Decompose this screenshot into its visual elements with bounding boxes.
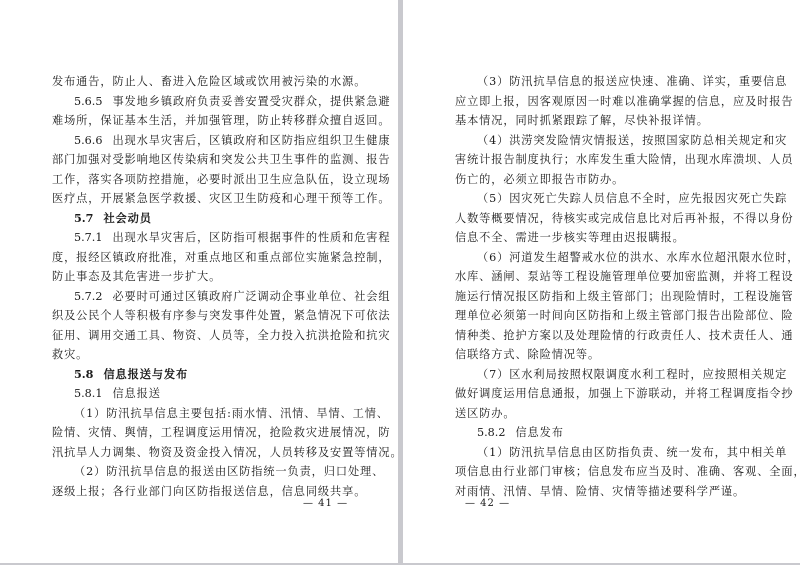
line-text: 汛抗旱人力调集、物资及资金投入情况，人员转移及安置等情况。 [52, 446, 403, 459]
text-line: 信息不全、需进一步核实等理由迟报瞒报。 [455, 228, 752, 248]
text-line: 信联络方式、除险情况等。 [455, 345, 752, 365]
text-line: 度，报经区镇政府批准，对重点地区和重点部位实施紧急控制， [52, 248, 350, 268]
line-text: 项信息由行业部门审核；信息发布应当及时、准确、客观、全面， [455, 465, 800, 478]
text-line: 5.8.1信息报送 [52, 384, 350, 404]
page-body-text: （3）防汛抗旱信息的报送应快速、准确、详实，重要信息应立即上报，因客观原因一时难… [455, 72, 752, 501]
text-line: 5.7.2必要时可通过区镇政府广泛调动企事业单位、社会组 [52, 287, 350, 307]
text-line: 5.8.2信息发布 [455, 423, 752, 443]
line-text: 应立即上报，因客观原因一时难以准确掌握的信息，应及时报告 [455, 95, 793, 108]
document-page-42: （3）防汛抗旱信息的报送应快速、准确、详实，重要信息应立即上报，因客观原因一时难… [403, 0, 800, 563]
line-text: 信息发布 [515, 426, 563, 439]
text-line: （4）洪涝突发险情灾情报送，按照国家防总相关规定和灾 [455, 131, 752, 151]
text-line: 防止事态及其危害进一步扩大。 [52, 267, 350, 287]
line-text: 出现水旱灾害后，区镇政府和区防指应组织卫生健康 [112, 134, 390, 147]
text-line: 工作，落实各项防控措施，必要时派出卫生应急队伍，设立现场 [52, 170, 350, 190]
text-line: （3）防汛抗旱信息的报送应快速、准确、详实，重要信息 [455, 72, 752, 92]
line-text: 送区防办。 [455, 407, 515, 420]
text-line: 医疗点，开展紧急医学救援、灾区卫生防疫和心理干预等工作。 [52, 189, 350, 209]
line-text: （1）防汛抗旱信息主要包括:雨水情、汛情、旱情、工情、 [74, 407, 389, 420]
section-number: 5.6.6 [74, 134, 102, 147]
text-line: 5.7.1出现水旱灾害后，区防指可根据事件的性质和危害程 [52, 228, 350, 248]
section-heading: 5.7社会动员 [52, 209, 350, 229]
section-number: 5.7.2 [74, 290, 102, 303]
text-line: 汛抗旱人力调集、物资及资金投入情况，人员转移及安置等情况。 [52, 443, 350, 463]
line-text: 情种类、抢护方案以及处理险情的行政责任人、技术责任人、通 [455, 329, 793, 342]
line-text: （3）防汛抗旱信息的报送应快速、准确、详实，重要信息 [477, 75, 787, 88]
line-text: 做好调度运用信息通报，加强上下游联动，并将工程调度指令抄 [455, 387, 793, 400]
section-number: 5.8 [74, 367, 93, 381]
section-heading-text: 信息报送与发布 [103, 367, 188, 381]
line-text: 信联络方式、除险情况等。 [455, 348, 600, 361]
section-number: 5.8.1 [74, 387, 102, 400]
text-line: 5.6.5事发地乡镇政府负责妥善安置受灾群众，提供紧急避 [52, 92, 350, 112]
line-text: 医疗点，开展紧急医学救援、灾区卫生防疫和心理干预等工作。 [52, 192, 390, 205]
line-text: （7）区水利局按照权限调度水利工程时，应按照相关规定 [477, 368, 787, 381]
line-text: （2）防汛抗旱信息的报送由区防指统一负责，归口处理、 [74, 465, 384, 478]
text-line: 救灾。 [52, 345, 350, 365]
text-line: 部门加强对受影响地区传染病和突发公共卫生事件的监测、报告 [52, 150, 350, 170]
text-line: 伤亡的，必须立即报告市防办。 [455, 170, 752, 190]
text-line: 施运行情况报区防指和上级主管部门；出现险情时，工程设施管 [455, 287, 752, 307]
text-line: 人数等概要情况，待核实或完成信息比对后再补报，不得以身份 [455, 209, 752, 229]
line-text: 防止事态及其危害进一步扩大。 [52, 270, 221, 283]
text-line: （6）河道发生超警戒水位的洪水、水库水位超汛限水位时， [455, 248, 752, 268]
line-text: 信息不全、需进一步核实等理由迟报瞒报。 [455, 231, 685, 244]
section-number: 5.7.1 [74, 231, 102, 244]
page-number: — 41 — [303, 498, 348, 509]
page-number: — 42 — [465, 498, 510, 509]
line-text: 害统计报告制度执行；水库发生重大险情，出现水库溃坝、人员 [455, 153, 793, 166]
line-text: 征用、调用交通工具、物资、人员等，全力投入抗洪抢险和抗灾 [52, 329, 390, 342]
text-line: 征用、调用交通工具、物资、人员等，全力投入抗洪抢险和抗灾 [52, 326, 350, 346]
text-line: 5.6.6出现水旱灾害后，区镇政府和区防指应组织卫生健康 [52, 131, 350, 151]
text-line: 送区防办。 [455, 404, 752, 424]
line-text: 出现水旱灾害后，区防指可根据事件的性质和危害程 [112, 231, 390, 244]
text-line: 水库、涵闸、泵站等工程设施管理单位要加密监测，并将工程设 [455, 267, 752, 287]
line-text: 必要时可通过区镇政府广泛调动企事业单位、社会组 [112, 290, 390, 303]
line-text: （6）河道发生超警戒水位的洪水、水库水位超汛限水位时， [477, 251, 799, 264]
line-text: 基本情况，同时抓紧跟踪了解，尽快补报详情。 [455, 114, 709, 127]
line-text: 伤亡的，必须立即报告市防办。 [455, 173, 624, 186]
line-text: 对雨情、汛情、旱情、险情、灾情等描述要科学严谨。 [455, 485, 745, 498]
line-text: 人数等概要情况，待核实或完成信息比对后再补报，不得以身份 [455, 212, 793, 225]
text-line: 情种类、抢护方案以及处理险情的行政责任人、技术责任人、通 [455, 326, 752, 346]
section-heading: 5.8信息报送与发布 [52, 365, 350, 385]
text-line: （5）因灾死亡失踪人员信息不全时，应先报因灾死亡失踪 [455, 189, 752, 209]
line-text: 逐级上报；各行业部门向区防指报送信息，信息同级共享。 [52, 485, 366, 498]
text-line: 项信息由行业部门审核；信息发布应当及时、准确、客观、全面， [455, 462, 752, 482]
line-text: （1）防汛抗旱信息由区防指负责、统一发布，其中相关单 [477, 446, 787, 459]
text-line: 险情、灾情、舆情，工程调度运用情况，抢险救灾进展情况，防 [52, 423, 350, 443]
line-text: 织及公民个人等积极有序参与突发事件处置，紧急情况下可依法 [52, 309, 390, 322]
text-line: （1）防汛抗旱信息由区防指负责、统一发布，其中相关单 [455, 443, 752, 463]
text-line: 基本情况，同时抓紧跟踪了解，尽快补报详情。 [455, 111, 752, 131]
line-text: 理单位必须第一时间向区防指和上级主管部门报告出险部位、险 [455, 309, 793, 322]
section-number: 5.8.2 [477, 426, 505, 439]
text-line: 理单位必须第一时间向区防指和上级主管部门报告出险部位、险 [455, 306, 752, 326]
text-line: 发布通告，防止人、畜进入危险区域或饮用被污染的水源。 [52, 72, 350, 92]
line-text: 险情、灾情、舆情，工程调度运用情况，抢险救灾进展情况，防 [52, 426, 390, 439]
line-text: （5）因灾死亡失踪人员信息不全时，应先报因灾死亡失踪 [477, 192, 787, 205]
line-text: 度，报经区镇政府批准，对重点地区和重点部位实施紧急控制， [52, 251, 390, 264]
text-line: 织及公民个人等积极有序参与突发事件处置，紧急情况下可依法 [52, 306, 350, 326]
line-text: （4）洪涝突发险情灾情报送，按照国家防总相关规定和灾 [477, 134, 787, 147]
document-page-41: 发布通告，防止人、畜进入危险区域或饮用被污染的水源。5.6.5事发地乡镇政府负责… [0, 0, 398, 563]
text-line: 做好调度运用信息通报，加强上下游联动，并将工程调度指令抄 [455, 384, 752, 404]
line-text: 救灾。 [52, 348, 88, 361]
text-line: （7）区水利局按照权限调度水利工程时，应按照相关规定 [455, 365, 752, 385]
text-line: 难场所，保证基本生活，并加强管理，防止转移群众擅自返回。 [52, 111, 350, 131]
line-text: 工作，落实各项防控措施，必要时派出卫生应急队伍，设立现场 [52, 173, 390, 186]
line-text: 难场所，保证基本生活，并加强管理，防止转移群众擅自返回。 [52, 114, 390, 127]
line-text: 施运行情况报区防指和上级主管部门；出现险情时，工程设施管 [455, 290, 793, 303]
line-text: 发布通告，防止人、畜进入危险区域或饮用被污染的水源。 [52, 75, 366, 88]
text-line: （1）防汛抗旱信息主要包括:雨水情、汛情、旱情、工情、 [52, 404, 350, 424]
text-line: 害统计报告制度执行；水库发生重大险情，出现水库溃坝、人员 [455, 150, 752, 170]
text-line: 应立即上报，因客观原因一时难以准确掌握的信息，应及时报告 [455, 92, 752, 112]
line-text: 部门加强对受影响地区传染病和突发公共卫生事件的监测、报告 [52, 153, 390, 166]
section-heading-text: 社会动员 [103, 211, 151, 225]
line-text: 信息报送 [112, 387, 160, 400]
line-text: 事发地乡镇政府负责妥善安置受灾群众，提供紧急避 [112, 95, 390, 108]
line-text: 水库、涵闸、泵站等工程设施管理单位要加密监测，并将工程设 [455, 270, 793, 283]
page-body-text: 发布通告，防止人、畜进入危险区域或饮用被污染的水源。5.6.5事发地乡镇政府负责… [52, 72, 350, 501]
section-number: 5.7 [74, 211, 93, 225]
section-number: 5.6.5 [74, 95, 102, 108]
text-line: （2）防汛抗旱信息的报送由区防指统一负责，归口处理、 [52, 462, 350, 482]
